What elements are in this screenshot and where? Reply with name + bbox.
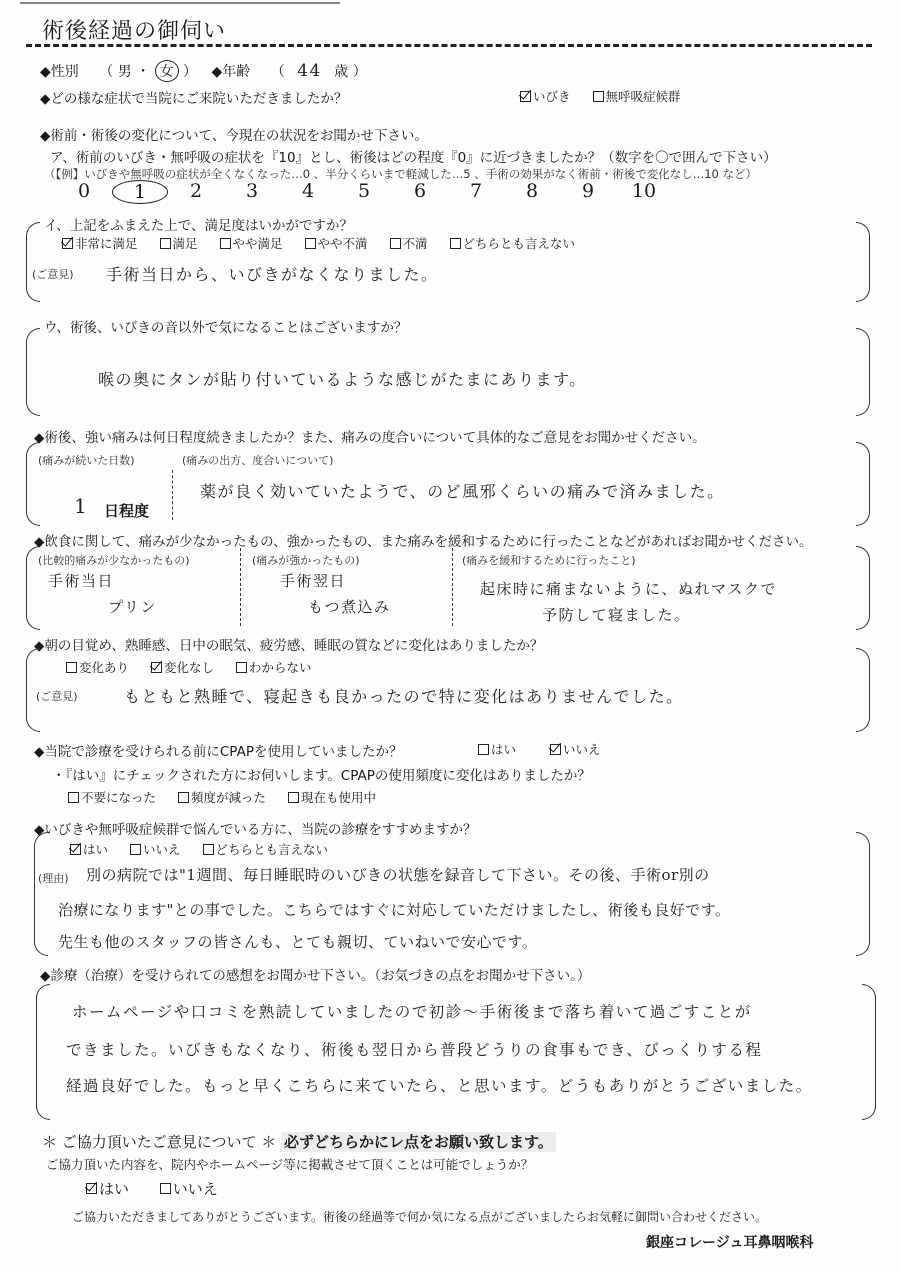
title-dashed-rule [26,44,872,47]
scale-5[interactable]: 5 [336,180,392,204]
cpap-question: ◆当院で診療を受けられる前にCPAPを使用していましたか？ [34,740,402,760]
checkbox-somewhat-dissatisfied[interactable]: やや不満 [305,234,368,252]
satisfaction-options: 非常に満足 満足 やや満足 やや不満 不満 どちらとも言えない [62,234,593,252]
scale-4[interactable]: 4 [280,180,336,204]
checkbox-consent-yes[interactable]: はい [86,1178,129,1199]
recommend-reason-label: (理由) [38,870,69,886]
gender-option-female[interactable]: 女 [155,60,179,82]
pain-detail[interactable]: 薬が良く効いていたようで、のど風邪くらいの痛みで済みました。 [200,479,725,502]
recommend-reason-line-1[interactable]: 別の病院では"1週間、毎日睡眠時のいびきの状態を録音して下さい。その後、手術or… [86,864,710,885]
recommend-options: はい いいえ どちらとも言えない [70,840,346,858]
scale-6[interactable]: 6 [392,180,448,204]
food-divider-1 [240,548,241,626]
scale-3[interactable]: 3 [224,180,280,204]
checkbox-frequency-reduced[interactable]: 頻度が減った [178,788,266,806]
food-col1-label: (比較的痛みが少なかったもの) [38,552,190,568]
consent-heading-left: ＊ ご協力頂いたご意見について ＊ [42,1133,276,1151]
recommend-reason-line-2[interactable]: 治療になります"との事でした。こちらではすぐに対応していただけましたし、術後も良… [58,899,731,920]
impressions-question: ◆診療（治療）を受けられての感想をお聞かせ下さい。（お気づきの点をお聞かせ下さい… [40,964,590,984]
checkbox-very-satisfied[interactable]: 非常に満足 [62,234,138,252]
change-sub-a: ア、術前のいびき・無呼吸の症状を『10』とし、術後はどの程度『0』に近づきました… [50,146,777,166]
checkbox-somewhat-satisfied[interactable]: やや満足 [220,234,283,252]
cpap-options: はい いいえ [478,740,619,758]
impressions-line-1[interactable]: ホームページや口コミを熟読していましたので初診〜手術後まで落ち着いて過ごすことが [72,1000,752,1022]
scale-8[interactable]: 8 [504,180,560,204]
checkbox-changed[interactable]: 変化あり [66,658,129,676]
consent-thanks: ご協力いただきましてありがとうございます。術後の経過等で何か気になる点がございま… [72,1208,767,1225]
consent-heading: ＊ ご協力頂いたご意見について ＊ 必ずどちらかにレ点をお願い致します。 [42,1131,556,1152]
checkbox-apnea[interactable]: 無呼吸症候群 [593,87,681,105]
change-question: ◆術前・術後の変化について、今現在の状況をお聞かせ下さい。 [40,124,428,144]
food-col1-line2[interactable]: プリン [108,596,157,617]
checkbox-satisfied[interactable]: 満足 [160,234,198,252]
gender-label: ◆性別 [40,64,79,80]
impressions-line-2[interactable]: できました。いびきもなくなり、術後も翌日から普段どうりの食事もでき、びっくりする… [66,1038,762,1060]
scale-10[interactable]: 10 [616,180,672,204]
clinic-name: 銀座コレージュ耳鼻咽喉科 [646,1232,813,1252]
scale-1[interactable]: 1 [112,180,168,204]
food-col2-line2[interactable]: もつ煮込み [308,596,391,617]
checkbox-consent-no[interactable]: いいえ [160,1178,218,1199]
consent-heading-required: 必ずどちらかにレ点をお願い致します。 [281,1132,556,1152]
page-title: 術後経過の御伺い [42,14,226,45]
scale-9[interactable]: 9 [560,180,616,204]
food-col1-line1[interactable]: 手術当日 [48,570,114,591]
symptoms-options: いびき 無呼吸症候群 [520,87,699,105]
sleep-comment[interactable]: もともと熟睡で、寝起きも良かったので特に変化はありませんでした。 [124,684,684,707]
food-col3-line1[interactable]: 起床時に痛まないように、ぬれマスクで [480,578,777,599]
checkbox-cpap-no[interactable]: いいえ [550,740,601,758]
scale-2[interactable]: 2 [168,180,224,204]
checkbox-still-using[interactable]: 現在も使用中 [288,788,376,806]
age-value[interactable]: 44 [297,61,322,81]
consent-options: はい いいえ [86,1178,236,1199]
symptoms-question: ◆どの様な症状で当院にご来院いただきましたか？ [40,87,347,107]
food-divider-2 [452,548,453,626]
sleep-options: 変化あり 変化なし わからない [66,658,330,676]
checkbox-no-longer-needed[interactable]: 不要になった [68,788,156,806]
age-label: ◆年齢 [212,64,251,80]
checkbox-neither[interactable]: どちらとも言えない [450,234,576,252]
food-col2-line1[interactable]: 手術翌日 [280,570,346,591]
checkbox-recommend-no[interactable]: いいえ [130,840,181,858]
other-concerns-answer[interactable]: 喉の奥にタンが貼り付いているような感じがたまにあります。 [98,367,587,390]
pain-divider [172,470,173,520]
checkbox-unknown[interactable]: わからない [236,658,312,676]
pain-detail-label: (痛みの出方、度合いについて) [182,452,333,468]
pain-days-unit: 日程度 [104,500,149,521]
demographics-row: ◆性別 （ 男 ・ 女 ） ◆年齢 （ 44 歳 ） [40,60,367,82]
consent-question: ご協力頂いた内容を、院内やホームページ等に掲載させて頂くことは可能でしょうか？ [46,1155,533,1173]
scale-7[interactable]: 7 [448,180,504,204]
satisfaction-comment[interactable]: 手術当日から、いびきがなくなりました。 [106,262,439,285]
satisfaction-comment-label: (ご意見) [32,266,74,282]
gender-option-male[interactable]: 男 [118,64,132,80]
checkbox-no-change[interactable]: 変化なし [151,658,214,676]
pain-days-value[interactable]: 1 [74,494,88,518]
food-col3-label: (痛みを緩和するために行ったこと) [462,552,636,568]
checkbox-recommend-yes[interactable]: はい [70,840,108,858]
cpap-followup-options: 不要になった 頻度が減った 現在も使用中 [68,788,394,806]
checkbox-cpap-yes[interactable]: はい [478,740,516,758]
scale-0[interactable]: 0 [56,180,112,204]
age-unit: 歳 [334,64,348,80]
cpap-followup: ・『はい』にチェックされた方にお伺いします。CPAPの使用頻度に変化はありました… [52,764,591,784]
checkbox-icon [593,91,604,102]
pain-days-label: (痛みが続いた日数) [38,452,135,468]
recommend-reason-line-3[interactable]: 先生も他のスタッフの皆さんも、とても親切、ていねいで安心です。 [58,931,537,952]
improvement-scale: 0 1 2 3 4 5 6 7 8 9 10 [56,180,672,204]
food-col3-line2[interactable]: 予防して寝ました。 [542,604,691,625]
sleep-comment-label: (ご意見) [36,688,78,704]
checkbox-dissatisfied[interactable]: 不満 [390,234,428,252]
top-rule [20,2,340,4]
impressions-line-3[interactable]: 経過良好でした。もっと早くこちらに来ていたら、と思います。どうもありがとうござい… [66,1074,813,1096]
food-col2-label: (痛みが強かったもの) [252,552,360,568]
checkbox-snoring[interactable]: いびき [520,87,571,105]
checkbox-checked-icon [520,91,531,102]
checkbox-recommend-neither[interactable]: どちらとも言えない [203,840,329,858]
